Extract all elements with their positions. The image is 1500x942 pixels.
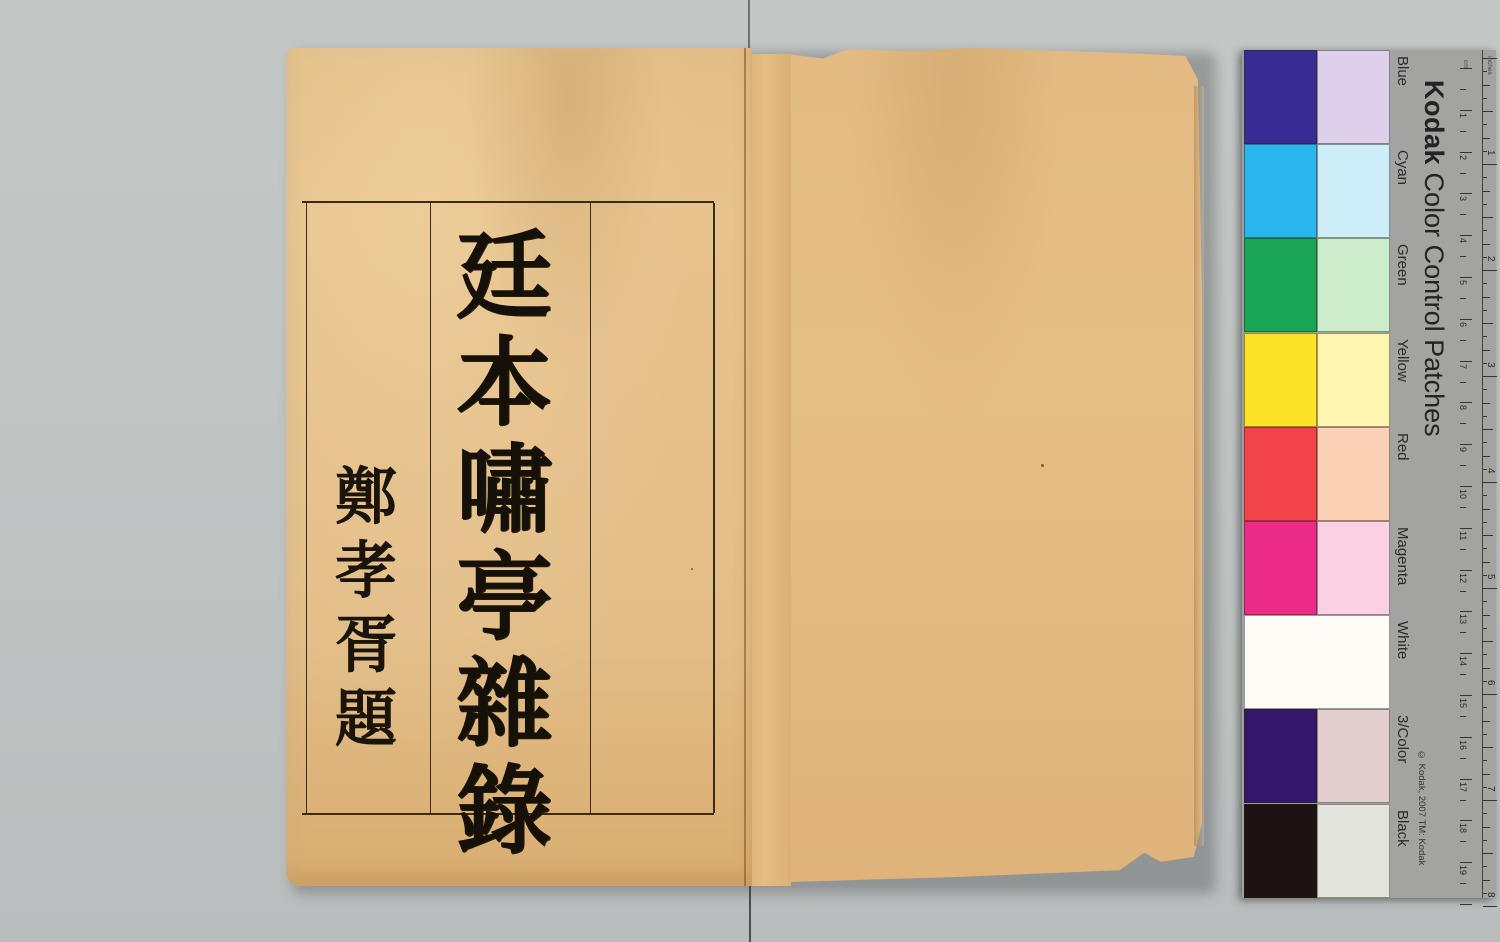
ruler-tick [1460,382,1466,383]
ruler-tick [1460,674,1466,675]
ruler-tick [1483,85,1490,86]
ruler-tick [1483,164,1497,165]
ruler-tick [1483,442,1487,443]
color-patch-light [1317,238,1390,332]
cm-mark: 1 [1458,113,1468,118]
ruler-tick [1460,653,1472,654]
ruler-tick [1460,152,1472,153]
color-patch-dark [1244,144,1317,238]
cm-mark: 10 [1458,489,1468,499]
ruler-tick [1483,509,1490,510]
patch-row-white [1244,615,1390,709]
ruler-tick [1483,880,1490,881]
ruler-tick [1460,716,1466,717]
patch-label: Cyan [1394,150,1411,185]
ruler-tick [1483,244,1490,245]
ruler-tick [1460,68,1472,69]
title-char: 錄 [456,757,552,864]
ruler-tick [1460,758,1466,759]
ruler-tick [1483,522,1487,523]
title-char: 亭 [456,543,552,650]
ruler-tick [1483,111,1493,112]
color-patch-light [1317,709,1390,803]
patch-label: Black [1394,810,1411,847]
ruler-tick [1460,402,1472,403]
ruler-tick [1460,256,1466,257]
ruler-tick [1483,734,1487,735]
patch-label: Red [1394,433,1411,461]
ruler-tick [1460,800,1466,801]
ruler-tick [1483,774,1490,775]
color-patch-light [1317,804,1390,898]
kodak-logo-text: Kodak [1419,80,1449,165]
inch-mark: 5 [1485,574,1496,580]
cm-mark: 12 [1458,573,1468,583]
ruler-tick [1460,820,1472,821]
ruler-tick [1460,779,1472,780]
spine-strip [746,54,791,886]
ruler-tick [1483,230,1487,231]
cover-title: 廷 本 嘯 亭 雜 錄 [436,222,572,864]
cm-scale: 12345678910111213141516171819 [1460,50,1480,898]
cm-mark: 3 [1458,196,1468,201]
target-title: Color Control Patches [1419,173,1449,437]
ruler-tick [1483,297,1490,298]
ruler-tick [1483,376,1497,377]
front-cover: 廷 本 嘯 亭 雜 錄 鄭 孝 胥 題 [286,48,752,886]
cm-mark: 18 [1458,823,1468,833]
inscription-char: 孝 [335,534,397,608]
ruler-tick [1460,173,1466,174]
patch-label: White [1394,621,1411,659]
ruler-tick [1460,110,1472,111]
ruler-tick [1460,549,1466,550]
ruler-tick [1483,283,1487,284]
cm-mark: 9 [1458,447,1468,452]
ruler-tick [1483,615,1490,616]
ruler-tick [1460,319,1472,320]
patch-label: 3/Color [1394,715,1411,763]
ruler-tick [1483,866,1487,867]
frame-line [306,203,307,813]
ruler-tick [1483,562,1490,563]
ruler-tick [1483,310,1487,311]
inch-scale: 12345678 [1482,50,1497,898]
ruler-tick [1460,214,1466,215]
patch-row-black [1244,804,1390,898]
ruler-tick [1483,840,1487,841]
color-patch [1244,615,1390,709]
ruler-tick [1483,813,1487,814]
inch-mark: 7 [1485,786,1496,792]
ruler-tick [1460,89,1466,90]
ruler-tick [1483,641,1493,642]
color-patch-light [1317,521,1390,615]
ruler-tick [1483,800,1497,801]
frame-line [430,203,431,813]
ruler-tick [1460,841,1466,842]
ruler-tick [1460,904,1472,905]
inch-mark: 6 [1485,680,1496,686]
ruler-tick [1483,707,1487,708]
ruler-tick [1483,535,1493,536]
color-patch-dark [1244,709,1317,803]
color-patch-light [1317,427,1390,521]
ruler-tick [1460,423,1466,424]
patch-label: Yellow [1394,339,1411,382]
cm-mark: 19 [1458,865,1468,875]
ruler-tick [1483,721,1490,722]
ruler-tick [1460,632,1466,633]
cm-mark: 8 [1458,405,1468,410]
ruler-tick [1483,628,1487,629]
ruler-strip: BlueCyanGreenYellowRedMagentaWhite3/Colo… [1390,50,1496,898]
ruler-tick [1460,131,1466,132]
ruler-tick [1483,588,1497,589]
ruler-tick [1483,654,1487,655]
ruler-tick [1483,853,1493,854]
ruler-tick [1460,486,1472,487]
patch-row-blue [1244,50,1390,144]
frame-line [590,203,591,813]
color-patch-light [1317,333,1390,427]
ruler-tick [1460,883,1466,884]
inch-mark: 1 [1485,150,1496,156]
ruler-tick [1483,416,1487,417]
ruler-tick [1460,361,1472,362]
ruler-tick [1483,270,1497,271]
color-patch-grid [1244,50,1390,898]
ruler-tick [1483,71,1487,72]
cm-mark: 6 [1458,322,1468,327]
cm-mark: 5 [1458,280,1468,285]
patch-row-yellow [1244,333,1390,427]
ruler-tick [1460,465,1466,466]
ruler-tick [1483,58,1497,59]
page-edge [1194,86,1204,846]
ruler-tick [1483,350,1490,351]
cm-mark: 13 [1458,614,1468,624]
kodak-brand-title: Kodak Color Control Patches [1418,80,1449,437]
ruler-tick [1483,548,1487,549]
color-patch-light [1317,144,1390,238]
inch-mark: 3 [1485,362,1496,368]
ruler-tick [1483,601,1487,602]
paper-speck [691,568,693,570]
ruler-tick [1483,323,1493,324]
title-char: 嘯 [456,436,552,543]
ruler-tick [1483,204,1487,205]
cm-mark: 4 [1458,238,1468,243]
inscription-char: 題 [335,682,397,756]
calligrapher-inscription: 鄭 孝 胥 題 [316,460,416,756]
ruler-tick [1483,138,1490,139]
ruler-tick [1460,862,1472,863]
cover-fold-line [744,48,746,886]
color-patch-dark [1244,333,1317,427]
color-patch-dark [1244,50,1317,144]
color-patch-dark [1244,238,1317,332]
ruler-tick [1483,336,1487,337]
patch-label: Magenta [1394,527,1411,585]
kodak-color-target: BlueCyanGreenYellowRedMagentaWhite3/Colo… [1242,50,1496,898]
ruler-tick [1460,235,1472,236]
cm-mark: 7 [1458,364,1468,369]
patch-row-red [1244,427,1390,521]
ruler-tick [1460,193,1472,194]
cm-mark: 17 [1458,782,1468,792]
patch-row-magenta [1244,521,1390,615]
inch-mark: 2 [1485,256,1496,262]
ruler-tick [1483,906,1497,907]
patch-label: Green [1394,244,1411,286]
ruler-tick [1483,177,1487,178]
cm-mark: 16 [1458,740,1468,750]
title-char: 廷 [456,222,552,329]
inch-mark: 8 [1485,892,1496,898]
ruler-tick [1460,737,1472,738]
inscription-char: 鄭 [335,460,397,534]
ruler-tick [1483,694,1497,695]
ruler-tick [1483,747,1493,748]
ruler-tick [1460,298,1466,299]
inch-mark: 4 [1485,468,1496,474]
ruler-tick [1483,482,1497,483]
ruler-tick [1460,444,1472,445]
paper-speck [1041,464,1044,467]
ruler-tick [1483,191,1490,192]
ruler-tick [1483,429,1493,430]
ruler-tick [1460,277,1472,278]
ruler-tick [1483,668,1490,669]
color-patch-dark [1244,427,1317,521]
ruler-tick [1483,389,1487,390]
cm-mark: 2 [1458,155,1468,160]
ruler-tick [1483,760,1487,761]
patch-row-3color [1244,709,1390,803]
ruler-tick [1483,403,1490,404]
ruler-tick [1460,695,1472,696]
ruler-tick [1460,591,1466,592]
ruler-tick [1483,456,1490,457]
patch-row-green [1244,238,1390,332]
ruler-tick [1460,611,1472,612]
ruler-tick [1460,340,1466,341]
color-patch-light [1317,50,1390,144]
ruler-tick [1483,827,1490,828]
cm-mark: 14 [1458,656,1468,666]
title-char: 本 [456,329,552,436]
ruler-tick [1460,570,1472,571]
patch-label: Blue [1394,56,1411,86]
ruler-tick [1460,528,1472,529]
color-patch-dark [1244,804,1317,898]
book: 廷 本 嘯 亭 雜 錄 鄭 孝 胥 題 [286,46,1206,888]
ruler-tick [1483,98,1487,99]
patch-row-cyan [1244,144,1390,238]
ruler-tick [1483,217,1493,218]
inscription-char: 胥 [335,608,397,682]
ruler-tick [1483,495,1487,496]
cm-mark: 15 [1458,698,1468,708]
frame-line [713,203,715,813]
color-patch-dark [1244,521,1317,615]
ruler-tick [1483,124,1487,125]
copyright-notice: © Kodak, 2007 TM: Kodak [1416,750,1427,865]
right-endpaper [790,46,1202,882]
cm-mark: 11 [1458,531,1468,540]
title-char: 雜 [456,650,552,757]
ruler-tick [1460,507,1466,508]
